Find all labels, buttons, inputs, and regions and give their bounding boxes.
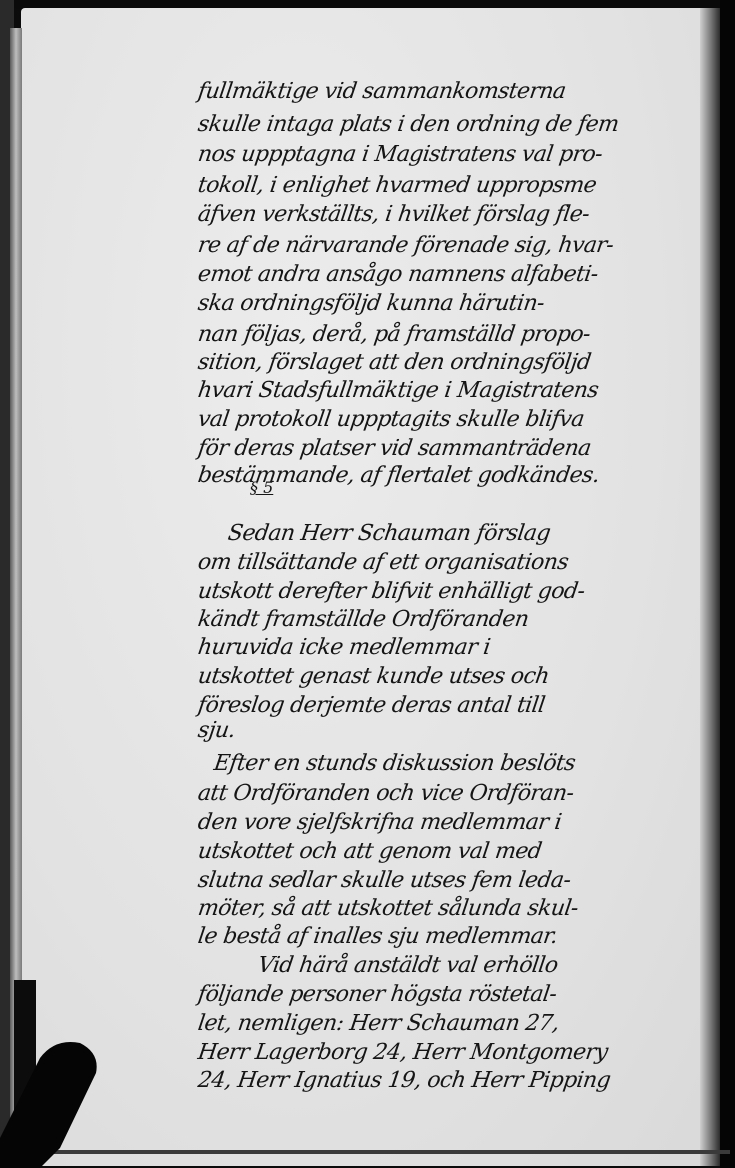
manuscript-line: 24, Herr Ignatius 19, och Herr Pipping [195, 1063, 612, 1099]
page-clamp-icon [0, 1018, 105, 1168]
page-edge-shadow [700, 8, 722, 1166]
manuscript-line: föreslog derjemte deras antal till [195, 688, 547, 724]
scanner-frame-right [720, 0, 735, 1168]
manuscript-line: sju. [195, 713, 237, 749]
section-marker: § 5 [250, 478, 273, 497]
manuscript-line: fullmäktige vid sammankomsterna [195, 74, 567, 110]
page-bottom-edge [50, 1150, 730, 1154]
